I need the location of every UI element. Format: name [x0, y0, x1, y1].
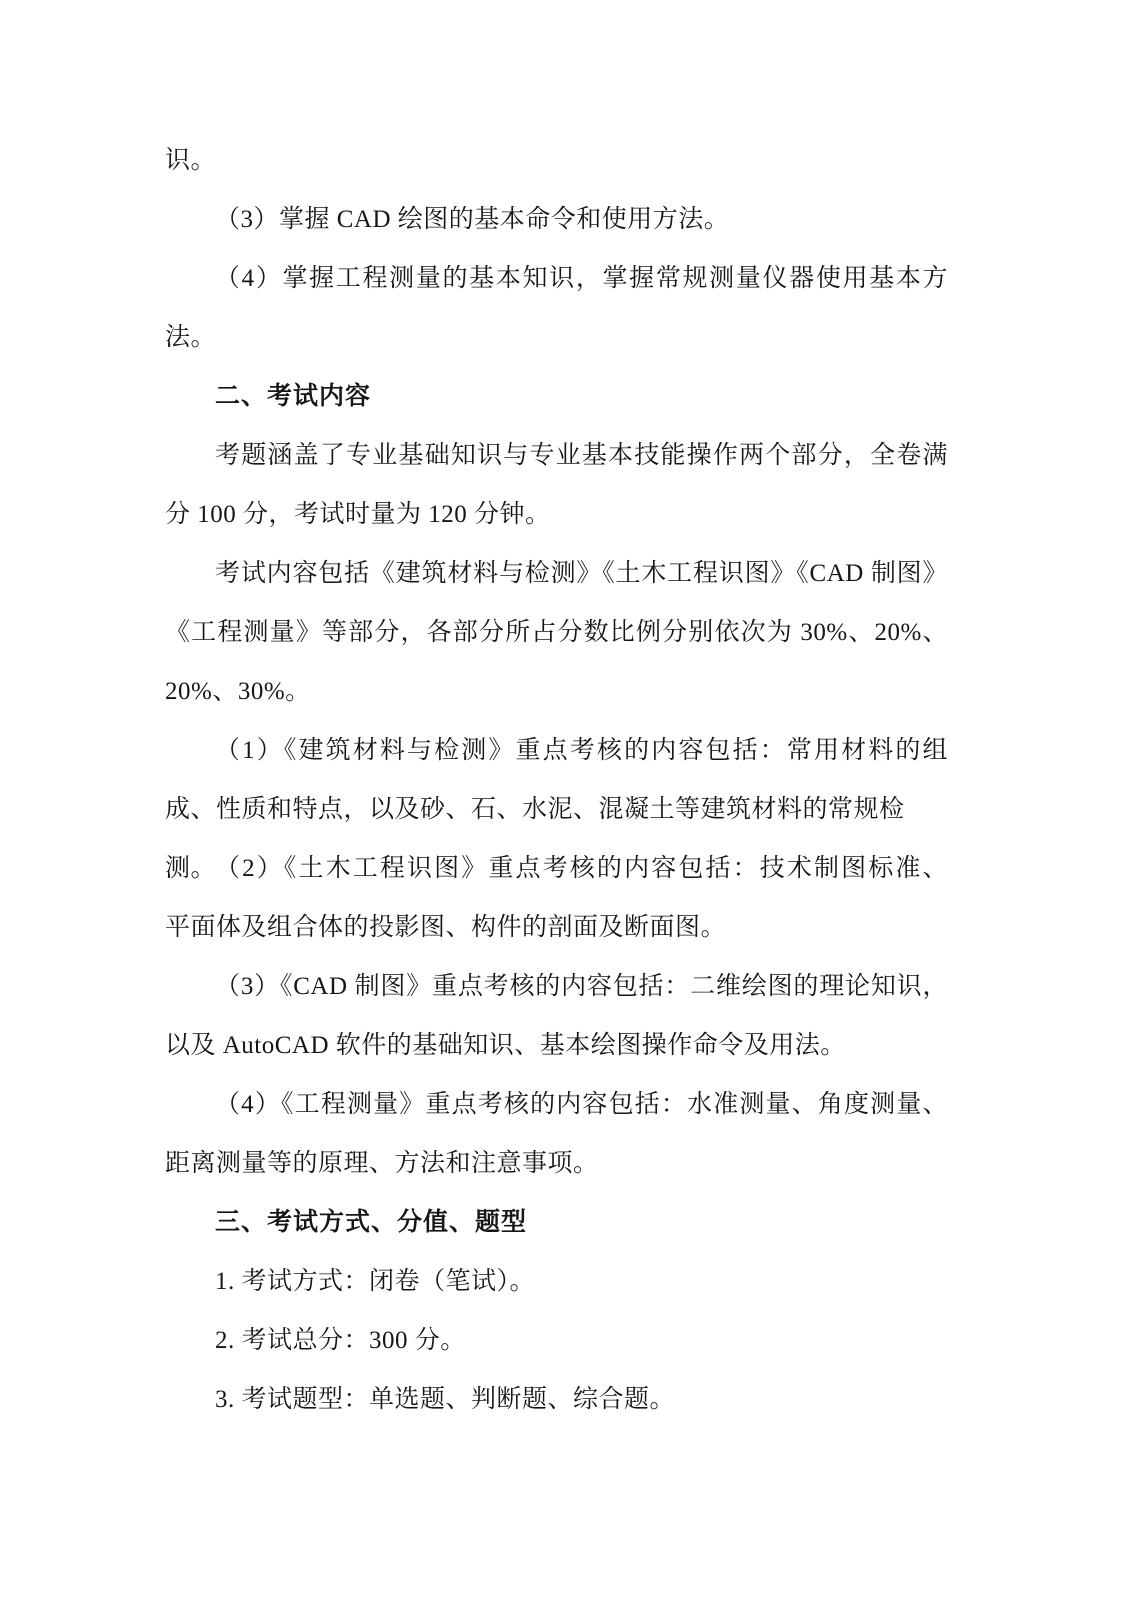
text-line: （3）《CAD 制图》重点考核的内容包括：二维绘图的理论知识， [165, 957, 948, 1016]
text-line: （1）《建筑材料与检测》重点考核的内容包括：常用材料的组 [165, 721, 948, 780]
text-line: 《工程测量》等部分，各部分所占分数比例分别依次为 30%、20%、 [165, 603, 948, 662]
text-line: 考题涵盖了专业基础知识与专业基本技能操作两个部分，全卷满 [165, 426, 948, 485]
document-page: 识。 （3）掌握 CAD 绘图的基本命令和使用方法。 （4）掌握工程测量的基本知… [0, 0, 1131, 1600]
text-line: 识。 [165, 131, 948, 190]
text-line: 2. 考试总分：300 分。 [165, 1311, 948, 1370]
text-line: （4）掌握工程测量的基本知识，掌握常规测量仪器使用基本方 [165, 249, 948, 308]
section-heading: 三、考试方式、分值、题型 [165, 1193, 948, 1252]
text-line: （2）《土木工程识图》重点考核的内容包括：技术制图标准、 [165, 839, 948, 898]
text-line: （3）掌握 CAD 绘图的基本命令和使用方法。 [165, 190, 948, 249]
text-line: 3. 考试题型：单选题、判断题、综合题。 [165, 1370, 948, 1429]
section-heading: 二、考试内容 [165, 367, 948, 426]
text-line: 以及 AutoCAD 软件的基础知识、基本绘图操作命令及用法。 [165, 1016, 948, 1075]
text-line: 成、性质和特点，以及砂、石、水泥、混凝土等建筑材料的常规检测。 [165, 780, 948, 839]
text-line: （4）《工程测量》重点考核的内容包括：水准测量、角度测量、 [165, 1075, 948, 1134]
text-line: 平面体及组合体的投影图、构件的剖面及断面图。 [165, 898, 948, 957]
text-line: 法。 [165, 308, 948, 367]
text-line: 距离测量等的原理、方法和注意事项。 [165, 1134, 948, 1193]
text-line: 1. 考试方式：闭卷（笔试）。 [165, 1252, 948, 1311]
text-line: 分 100 分，考试时量为 120 分钟。 [165, 485, 948, 544]
text-line: 考试内容包括《建筑材料与检测》《土木工程识图》《CAD 制图》 [165, 544, 948, 603]
text-line: 20%、30%。 [165, 662, 948, 721]
